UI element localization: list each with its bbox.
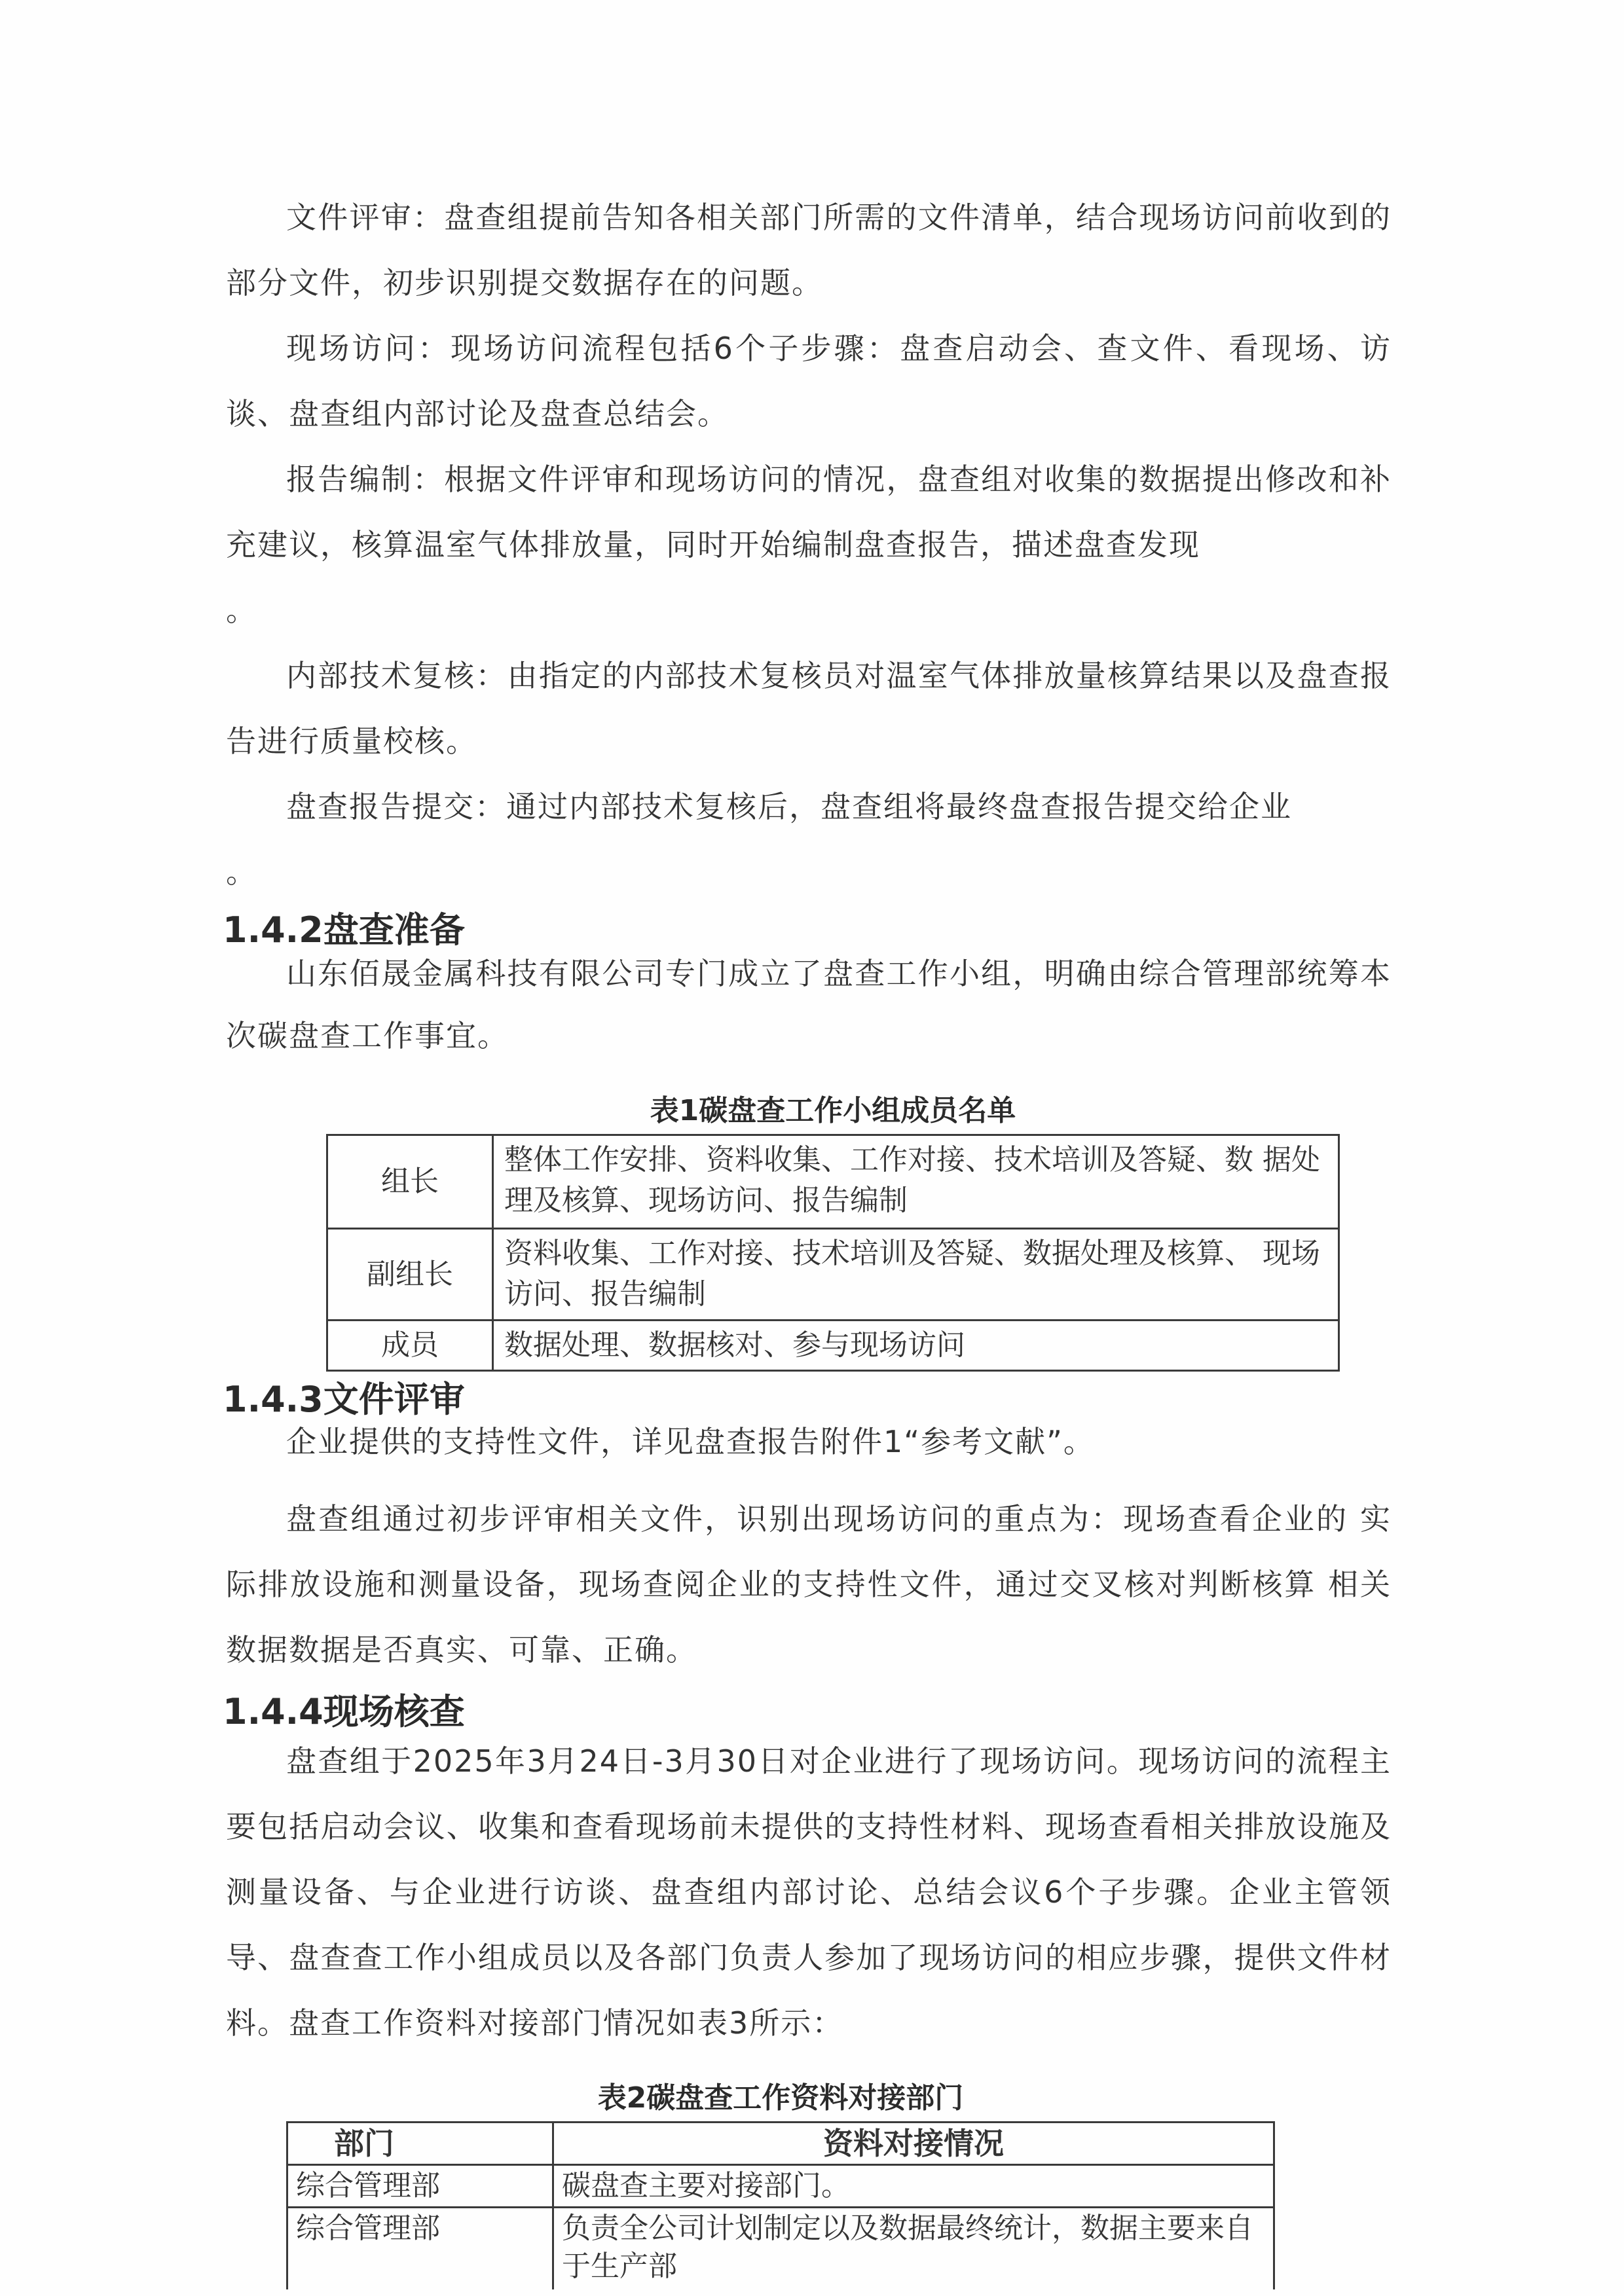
paragraph-site-check: 盘查组于2025年3月24日-3月30日对企业进行了现场访问。现场访问的流程主要… [226, 1728, 1392, 2056]
paragraph-review-focus: 盘查组通过初步评审相关文件，识别出现场访问的重点为：现场查看企业的 实际排放设施… [226, 1486, 1392, 1683]
table-team-members: 组长 整体工作安排、资料收集、工作对接、技术培训及答疑、数 据处理及核算、现场访… [326, 1134, 1340, 1372]
paragraph-report-submission: 盘查报告提交：通过内部技术复核后，盘查组将最终盘查报告提交给企业 [226, 774, 1392, 839]
table-header-row: 部门 资料对接情况 [287, 2123, 1274, 2165]
paragraph-preparation: 山东佰晟金属科技有限公司专门成立了盘查工作小组，明确由综合管理部统筹本次碳盘查工… [226, 943, 1392, 1067]
duty-cell: 资料收集、工作对接、技术培训及答疑、数据处理及核算、 现场访问、报告编制 [493, 1229, 1339, 1321]
section-heading-1-4-4: 1.4.4现场核查 [223, 1684, 465, 1734]
role-cell: 组长 [327, 1135, 493, 1229]
table-row: 综合管理部 碳盘查主要对接部门。 [287, 2165, 1274, 2208]
table-row: 组长 整体工作安排、资料收集、工作对接、技术培训及答疑、数 据处理及核算、现场访… [327, 1135, 1339, 1229]
paragraph-document-review: 文件评审：盘查组提前告知各相关部门所需的文件清单，结合现场访问前收到的部分文件，… [226, 185, 1392, 316]
department-cell: 综合管理部 [287, 2208, 553, 2290]
paragraph-trailing-period: 。 [226, 577, 1392, 643]
table-row: 副组长 资料收集、工作对接、技术培训及答疑、数据处理及核算、 现场访问、报告编制 [327, 1229, 1339, 1321]
table-data-departments: 部门 资料对接情况 综合管理部 碳盘查主要对接部门。 综合管理部 负责全公司计划… [286, 2121, 1275, 2289]
paragraph-site-visit: 现场访问：现场访问流程包括6个子步骤：盘查启动会、查文件、看现场、访谈、盘查组内… [226, 316, 1392, 446]
paragraph-supporting-files: 企业提供的支持性文件，详见盘查报告附件1“参考文献”。 [226, 1411, 1392, 1473]
table2-caption: 表2碳盘查工作资料对接部门 [286, 2074, 1275, 2116]
table-row: 综合管理部 负责全公司计划制定以及数据最终统计，数据主要来自于生产部 [287, 2208, 1274, 2290]
document-page: 文件评审：盘查组提前告知各相关部门所需的文件清单，结合现场访问前收到的部分文件，… [0, 0, 1624, 2296]
duty-cell: 整体工作安排、资料收集、工作对接、技术培训及答疑、数 据处理及核算、现场访问、报… [493, 1135, 1339, 1229]
info-cell: 负责全公司计划制定以及数据最终统计，数据主要来自于生产部 [553, 2208, 1274, 2290]
role-cell: 成员 [327, 1321, 493, 1371]
role-cell: 副组长 [327, 1229, 493, 1321]
paragraph-report-compilation: 报告编制：根据文件评审和现场访问的情况，盘查组对收集的数据提出修改和补充建议，核… [226, 446, 1392, 577]
paragraph-internal-review: 内部技术复核：由指定的内部技术复核员对温室气体排放量核算结果以及盘查报告进行质量… [226, 643, 1392, 774]
info-cell: 碳盘查主要对接部门。 [553, 2165, 1274, 2208]
header-data-liaison: 资料对接情况 [553, 2123, 1274, 2165]
table-row: 成员 数据处理、数据核对、参与现场访问 [327, 1321, 1339, 1371]
department-cell: 综合管理部 [287, 2165, 553, 2208]
paragraph-trailing-period: 。 [226, 839, 1392, 905]
table1-caption: 表1碳盘查工作小组成员名单 [326, 1087, 1340, 1129]
duty-cell: 数据处理、数据核对、参与现场访问 [493, 1321, 1339, 1371]
header-department: 部门 [287, 2123, 553, 2165]
